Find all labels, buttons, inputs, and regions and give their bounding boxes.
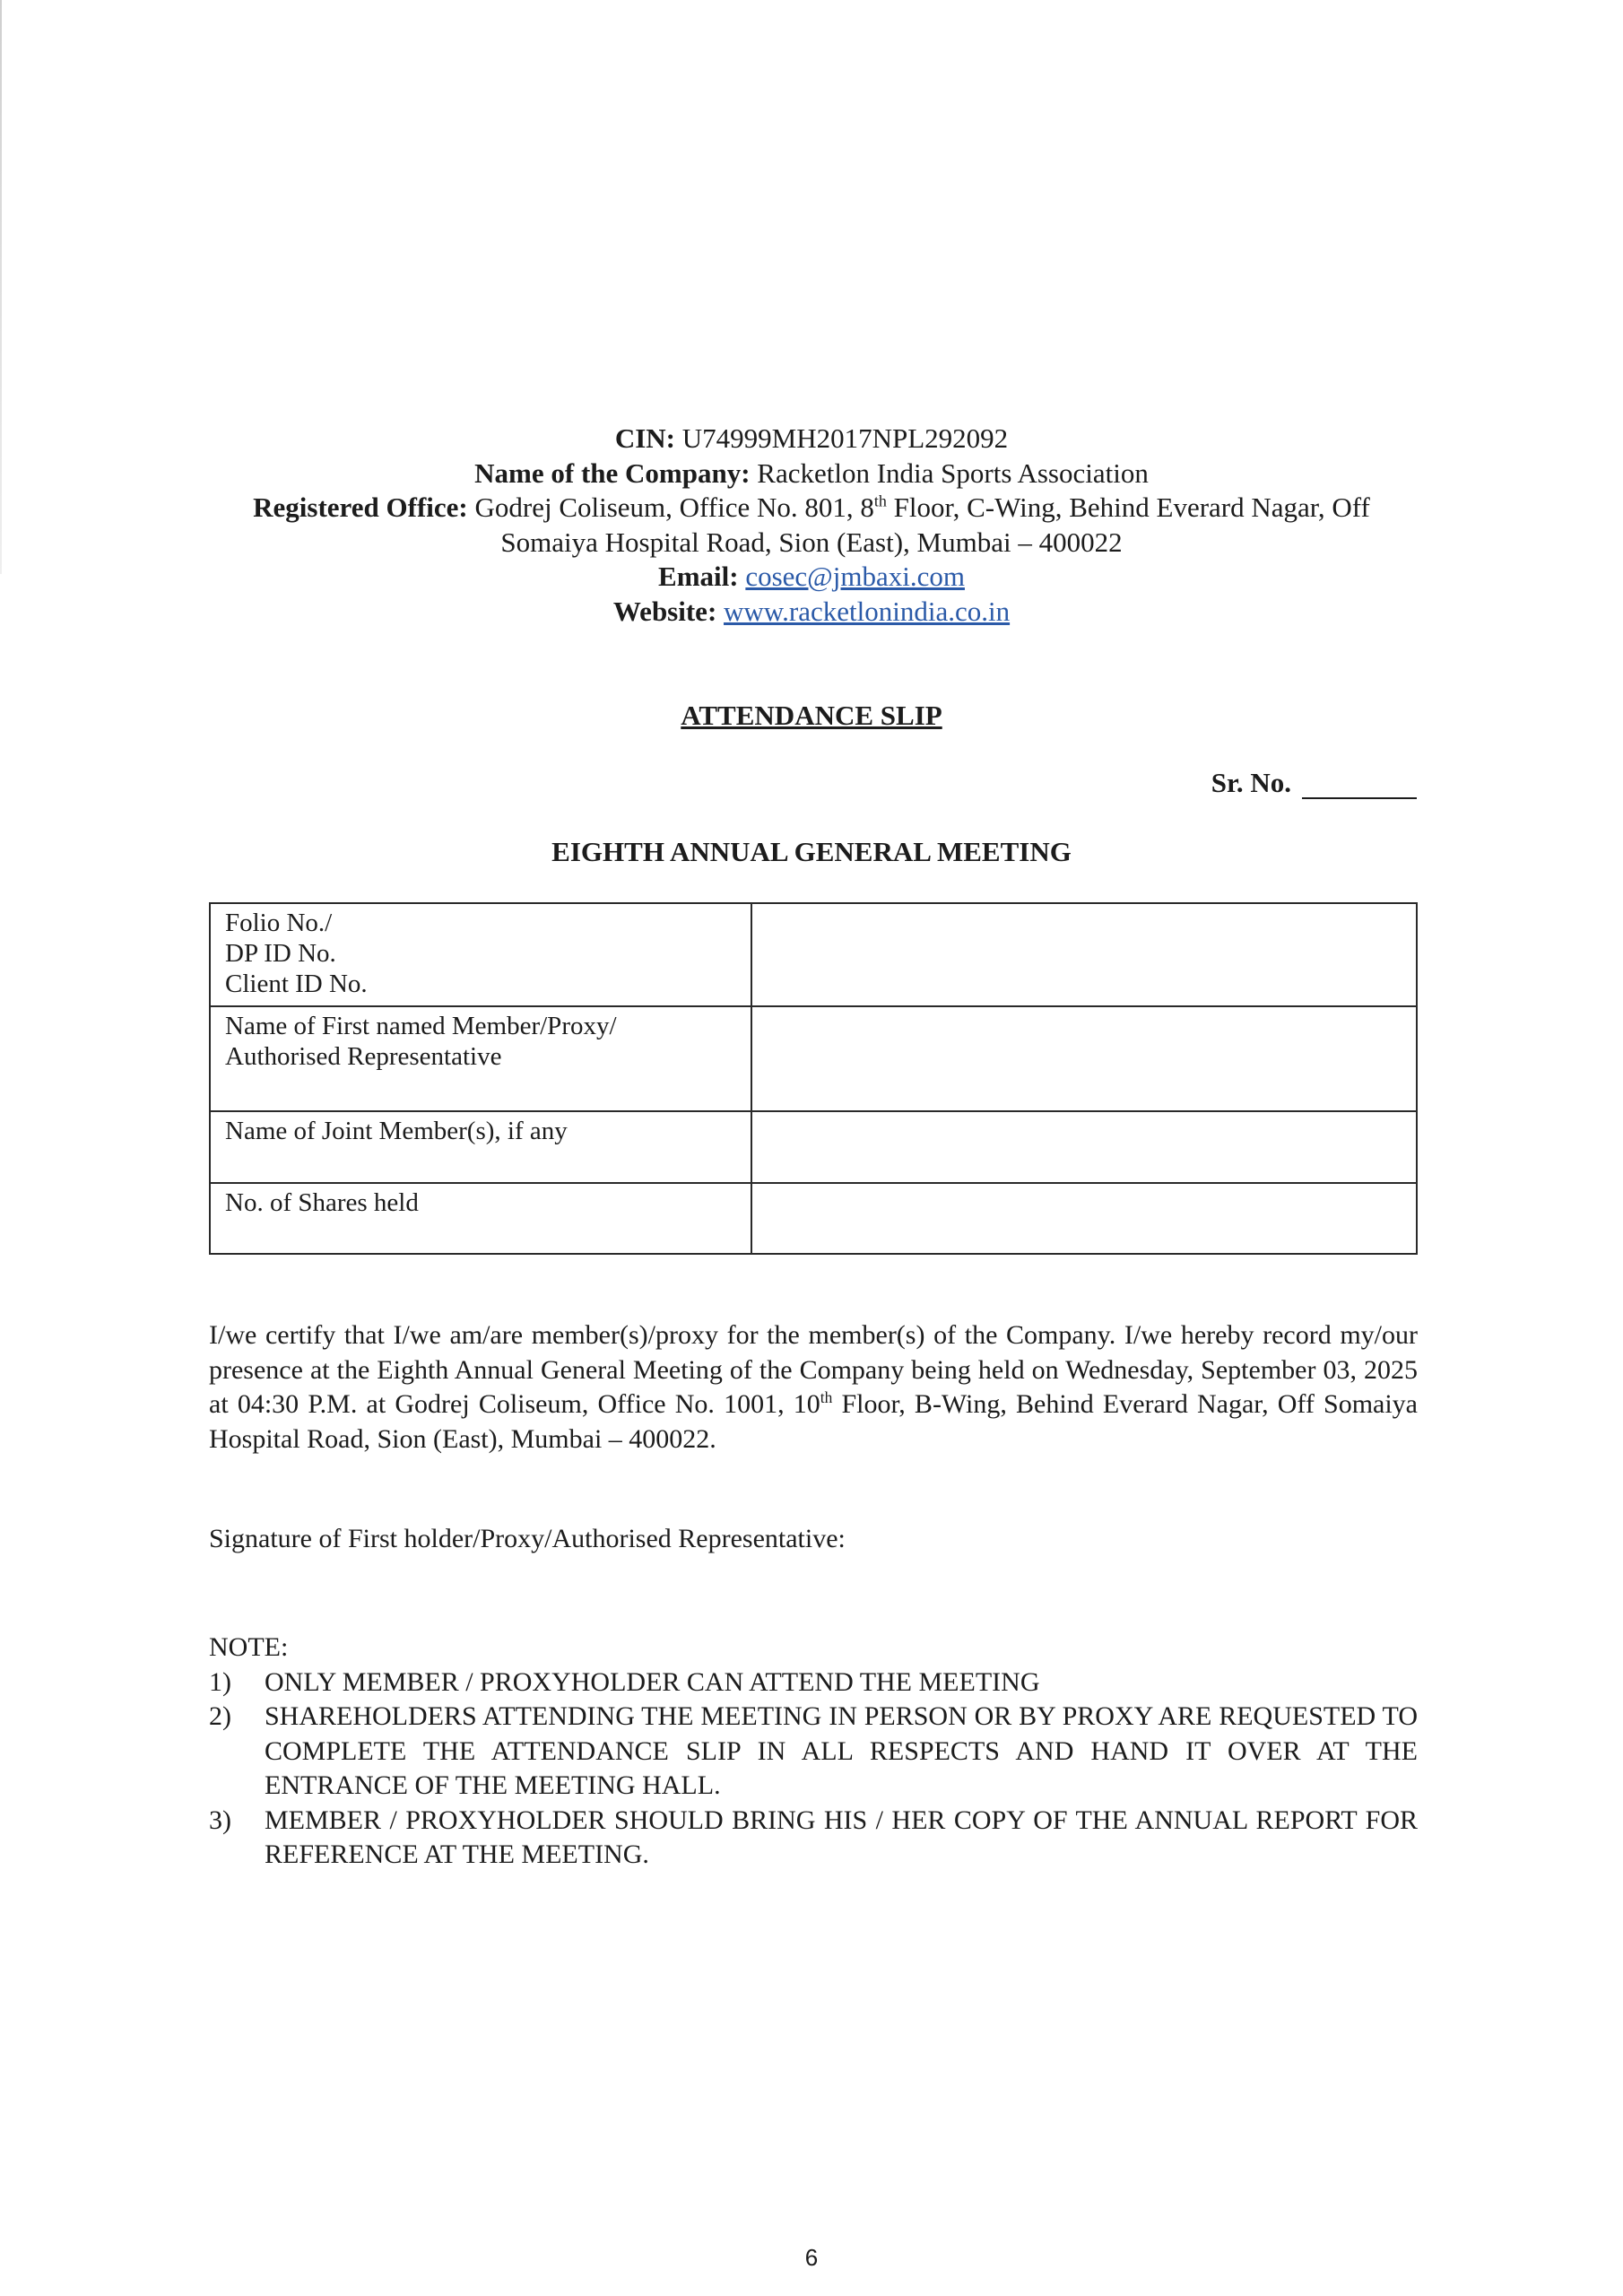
note-number: 3)	[209, 1804, 265, 1873]
certification-paragraph: I/we certify that I/we am/are member(s)/…	[209, 1318, 1418, 1457]
cin-line: CIN: U74999MH2017NPL292092	[0, 422, 1623, 457]
cin-label: CIN:	[615, 422, 675, 454]
client-id-label: Client ID No.	[225, 969, 736, 999]
table-row: Name of Joint Member(s), if any	[210, 1111, 1417, 1183]
folio-value-field[interactable]	[751, 903, 1417, 1006]
company-name-value: Racketlon India Sports Association	[757, 457, 1149, 489]
signature-label: Signature of First holder/Proxy/Authoris…	[209, 1522, 846, 1556]
note-item: 2) SHAREHOLDERS ATTENDING THE MEETING IN…	[209, 1700, 1418, 1804]
cin-value: U74999MH2017NPL292092	[682, 422, 1008, 454]
serial-number-label: Sr. No.	[1211, 767, 1291, 799]
email-link[interactable]: cosec@jmbaxi.com	[745, 561, 965, 592]
registered-office-address-2: Somaiya Hospital Road, Sion (East), Mumb…	[0, 526, 1623, 561]
dp-id-label: DP ID No.	[225, 938, 736, 969]
shares-held-label-cell: No. of Shares held	[210, 1183, 751, 1254]
page-number: 6	[0, 2244, 1623, 2272]
email-line: Email: cosec@jmbaxi.com	[0, 560, 1623, 595]
note-text: ONLY MEMBER / PROXYHOLDER CAN ATTEND THE…	[265, 1665, 1418, 1700]
table-row: Folio No./ DP ID No. Client ID No.	[210, 903, 1417, 1006]
table-row: Name of First named Member/Proxy/ Author…	[210, 1006, 1417, 1111]
table-row: No. of Shares held	[210, 1183, 1417, 1254]
folio-label: Folio No./	[225, 908, 736, 938]
note-number: 2)	[209, 1700, 265, 1804]
member-details-table: Folio No./ DP ID No. Client ID No. Name …	[209, 902, 1418, 1255]
note-number: 1)	[209, 1665, 265, 1700]
note-item: 3) MEMBER / PROXYHOLDER SHOULD BRING HIS…	[209, 1804, 1418, 1873]
member-name-field[interactable]	[751, 1006, 1417, 1111]
company-header: CIN: U74999MH2017NPL292092 Name of the C…	[0, 422, 1623, 629]
note-item: 1) ONLY MEMBER / PROXYHOLDER CAN ATTEND …	[209, 1665, 1418, 1700]
notes-heading: NOTE:	[209, 1631, 1418, 1665]
email-label: Email:	[658, 561, 739, 592]
joint-member-label: Name of Joint Member(s), if any	[225, 1116, 736, 1146]
website-line: Website: www.racketlonindia.co.in	[0, 595, 1623, 630]
member-name-label-cell: Name of First named Member/Proxy/ Author…	[210, 1006, 751, 1111]
ordinal-suffix: th	[820, 1388, 833, 1406]
shares-held-label: No. of Shares held	[225, 1187, 736, 1218]
registered-office-address-1b: Floor, C-Wing, Behind Everard Nagar, Off	[887, 491, 1370, 523]
company-name-line: Name of the Company: Racketlon India Spo…	[0, 457, 1623, 491]
shares-held-field[interactable]	[751, 1183, 1417, 1254]
attendance-slip-title: ATTENDANCE SLIP	[0, 700, 1623, 732]
note-text: MEMBER / PROXYHOLDER SHOULD BRING HIS / …	[265, 1804, 1418, 1873]
company-name-label: Name of the Company:	[474, 457, 750, 489]
notes-section: NOTE: 1) ONLY MEMBER / PROXYHOLDER CAN A…	[209, 1631, 1418, 1873]
joint-member-field[interactable]	[751, 1111, 1417, 1183]
website-link[interactable]: www.racketlonindia.co.in	[724, 596, 1010, 627]
folio-label-cell: Folio No./ DP ID No. Client ID No.	[210, 903, 751, 1006]
registered-office-label: Registered Office:	[253, 491, 468, 523]
ordinal-suffix: th	[874, 492, 887, 510]
member-name-label-1: Name of First named Member/Proxy/	[225, 1011, 736, 1041]
website-label: Website:	[613, 596, 716, 627]
registered-office-line: Registered Office: Godrej Coliseum, Offi…	[0, 491, 1623, 526]
registered-office-address-1a: Godrej Coliseum, Office No. 801, 8	[474, 491, 873, 523]
note-text: SHAREHOLDERS ATTENDING THE MEETING IN PE…	[265, 1700, 1418, 1804]
serial-number: Sr. No.	[1211, 767, 1417, 799]
joint-member-label-cell: Name of Joint Member(s), if any	[210, 1111, 751, 1183]
serial-number-field[interactable]	[1302, 774, 1417, 799]
meeting-title: EIGHTH ANNUAL GENERAL MEETING	[0, 836, 1623, 868]
member-name-label-2: Authorised Representative	[225, 1041, 736, 1072]
